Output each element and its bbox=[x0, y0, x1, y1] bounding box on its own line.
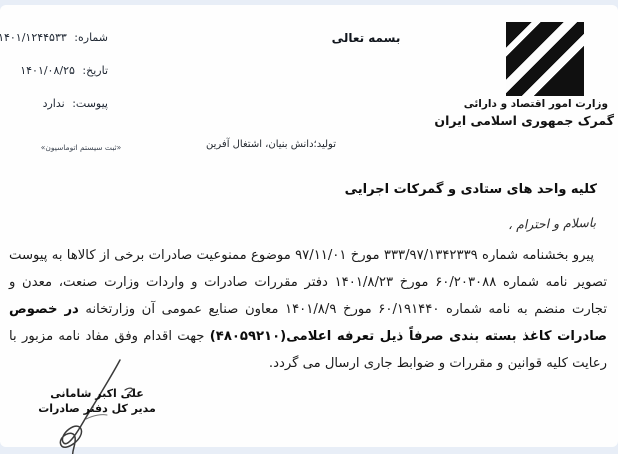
date-value: ۱۴۰۱/۰۸/۲۵ bbox=[20, 64, 75, 77]
attachment-value: ندارد bbox=[43, 97, 65, 110]
letter-number-row: شماره: ۱۴۰۱/۱۲۴۴۵۳۳ bbox=[4, 31, 108, 44]
recipient-line: کلیه واحد های ستادی و گمرکات اجرایی bbox=[345, 182, 597, 197]
year-slogan: تولید؛دانش بنیان، اشتغال آفرین bbox=[192, 139, 350, 150]
customs-organization-name: گمرک جمهوری اسلامی ایران bbox=[458, 113, 614, 128]
letter-paper: شماره: ۱۴۰۱/۱۲۴۴۵۳۳ تاریخ: ۱۴۰۱/۰۸/۲۵ پی… bbox=[0, 5, 618, 447]
besmellah-heading: بسمه تعالی bbox=[328, 31, 404, 45]
signature-block: علی اکبر شامانی مدیر کل دفتر صادرات bbox=[36, 386, 158, 416]
number-label: شماره: bbox=[74, 31, 108, 44]
scanned-letter-page: شماره: ۱۴۰۱/۱۲۴۴۵۳۳ تاریخ: ۱۴۰۱/۰۸/۲۵ پی… bbox=[0, 0, 618, 454]
attachment-label: پیوست: bbox=[72, 97, 108, 110]
letter-attachment-row: پیوست: ندارد bbox=[4, 97, 108, 110]
handwritten-salutation: باسلام و احترام ، bbox=[508, 215, 596, 232]
letter-date-row: تاریخ: ۱۴۰۱/۰۸/۲۵ bbox=[4, 64, 108, 77]
body-text-start: پیرو بخشنامه شماره ۳۳۳/۹۷/۱۳۴۲۳۳۹ مورخ ۹… bbox=[9, 248, 607, 317]
date-label: تاریخ: bbox=[82, 64, 108, 77]
iran-customs-emblem-icon bbox=[506, 22, 584, 96]
signatory-title: مدیر کل دفتر صادرات bbox=[36, 401, 158, 416]
letter-meta-block: شماره: ۱۴۰۱/۱۲۴۴۵۳۳ تاریخ: ۱۴۰۱/۰۸/۲۵ پی… bbox=[4, 31, 108, 130]
automation-registration-note: «ثبت سیستم اتوماسیون» bbox=[26, 143, 136, 152]
ministry-name: وزارت امور اقتصاد و دارائی bbox=[468, 98, 608, 110]
number-value: ۱۴۰۱/۱۲۴۴۵۳۳ bbox=[0, 31, 67, 44]
signatory-name: علی اکبر شامانی bbox=[36, 386, 158, 401]
